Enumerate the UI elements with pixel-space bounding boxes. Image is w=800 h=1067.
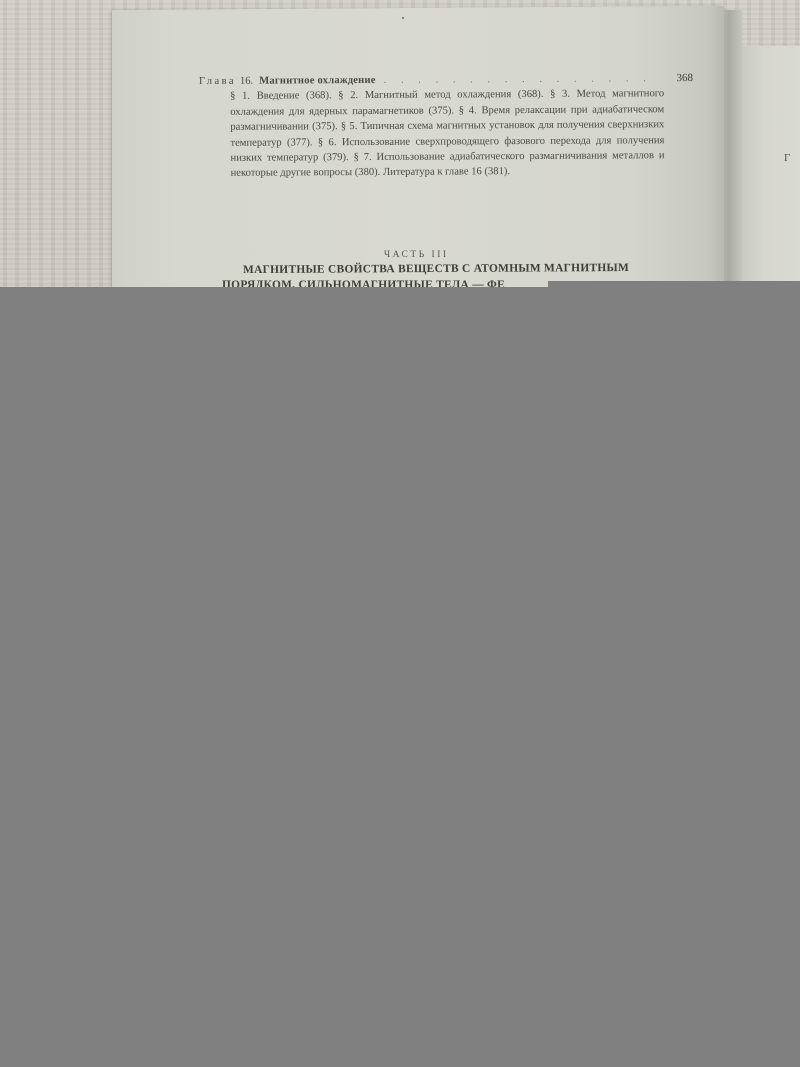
chapter-sections-list: § 1. Введение (368). § 2. Магнитный мето… (230, 87, 665, 182)
right-page-text-fragment: Г (784, 152, 792, 164)
redaction-box (0, 287, 800, 1067)
right-page (740, 46, 800, 306)
chapter-title: Магнитное охлаждение (259, 73, 376, 89)
chapter-prefix: Глава (199, 74, 236, 90)
dot-leader: . . . . . . . . . . . . . . . . . . . . … (384, 71, 651, 88)
dust-speck (402, 17, 404, 19)
part-title-line-1: МАГНИТНЫЕ СВОЙСТВА ВЕЩЕСТВ С АТОМНЫМ МАГ… (243, 262, 629, 276)
chapter-number: 16. (240, 74, 253, 89)
part-heading: ЧАСТЬ III (384, 250, 449, 260)
chapter-page-number: 368 (659, 71, 693, 87)
toc-entry-chapter-16: Глава 16. Магнитное охлаждение . . . . .… (199, 71, 700, 182)
